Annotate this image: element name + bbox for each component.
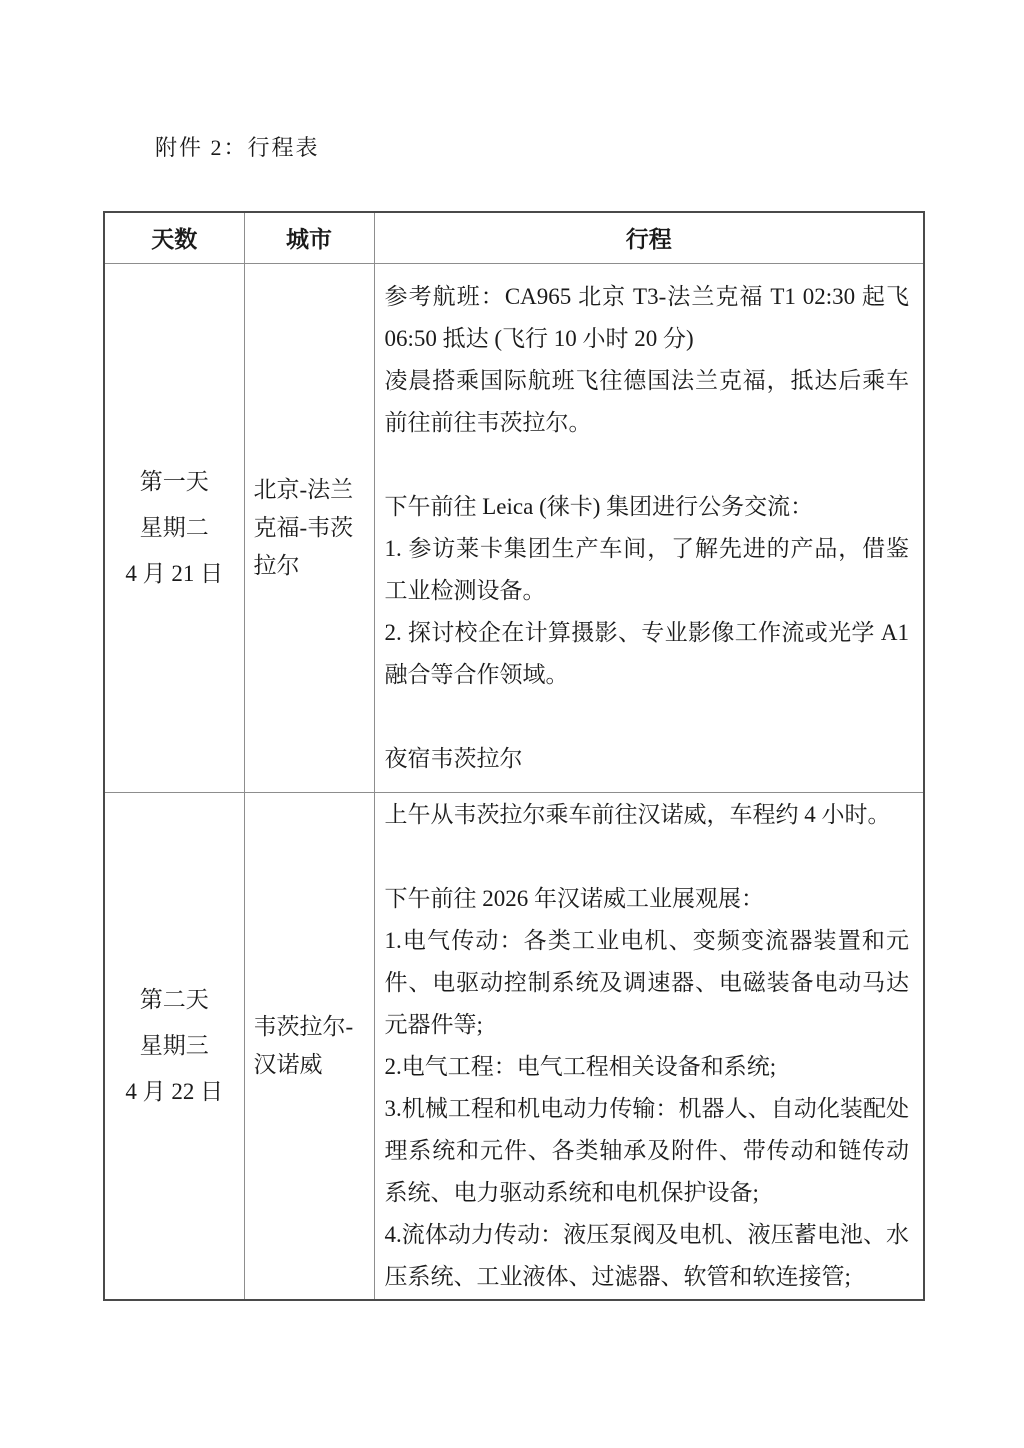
header-day: 天数 bbox=[104, 212, 244, 263]
day2-line-date: 4 月 22 日 bbox=[105, 1069, 244, 1115]
table-header-row: 天数 城市 行程 bbox=[104, 212, 924, 263]
itinerary-paragraph: 4.流体动力传动：液压泵阀及电机、液压蓄电池、水压系统、工业液体、过滤器、软管和… bbox=[385, 1214, 910, 1298]
blank-line bbox=[385, 696, 910, 738]
day1-line-weekday: 星期二 bbox=[105, 505, 244, 551]
day1-line-date: 4 月 21 日 bbox=[105, 551, 244, 597]
itinerary-paragraph: 参考航班：CA965 北京 T3-法兰克福 T1 02:30 起飞 06:50 … bbox=[385, 276, 910, 360]
itinerary-paragraph: 1.电气传动：各类工业电机、变频变流器装置和元件、电驱动控制系统及调速器、电磁装… bbox=[385, 920, 910, 1046]
document-page: { "document": { "title": "附件 2：行程表", "ta… bbox=[0, 0, 1024, 1448]
blank-line bbox=[385, 836, 910, 878]
day1-city-cell: 北京-法兰克福-韦茨拉尔 bbox=[244, 263, 374, 792]
day2-city-cell: 韦茨拉尔-汉诺威 bbox=[244, 792, 374, 1300]
itinerary-paragraph: 2.电气工程：电气工程相关设备和系统; bbox=[385, 1046, 910, 1088]
day2-itinerary-cell: 上午从韦茨拉尔乘车前往汉诺威，车程约 4 小时。下午前往 2026 年汉诺威工业… bbox=[374, 792, 924, 1300]
itinerary-paragraph: 下午前往 Leica (徕卡) 集团进行公务交流： bbox=[385, 486, 910, 528]
itinerary-paragraph: 上午从韦茨拉尔乘车前往汉诺威，车程约 4 小时。 bbox=[385, 794, 910, 836]
header-city: 城市 bbox=[244, 212, 374, 263]
itinerary-paragraph: 3.机械工程和机电动力传输：机器人、自动化装配处理系统和元件、各类轴承及附件、带… bbox=[385, 1088, 910, 1214]
header-itinerary: 行程 bbox=[374, 212, 924, 263]
itinerary-paragraph: 1. 参访莱卡集团生产车间，了解先进的产品，借鉴工业检测设备。 bbox=[385, 528, 910, 612]
table-row-day1: 第一天 星期二 4 月 21 日 北京-法兰克福-韦茨拉尔 参考航班：CA965… bbox=[104, 263, 924, 792]
itinerary-paragraph: 夜宿韦茨拉尔 bbox=[385, 738, 910, 780]
day1-itinerary-cell: 参考航班：CA965 北京 T3-法兰克福 T1 02:30 起飞 06:50 … bbox=[374, 263, 924, 792]
itinerary-paragraph: 下午前往 2026 年汉诺威工业展观展： bbox=[385, 878, 910, 920]
itinerary-paragraph: 2. 探讨校企在计算摄影、专业影像工作流或光学 A1 融合等合作领域。 bbox=[385, 612, 910, 696]
page-title: 附件 2：行程表 bbox=[155, 131, 320, 162]
day2-cell: 第二天 星期三 4 月 22 日 bbox=[104, 792, 244, 1300]
blank-line bbox=[385, 444, 910, 486]
table-row-day2: 第二天 星期三 4 月 22 日 韦茨拉尔-汉诺威 上午从韦茨拉尔乘车前往汉诺威… bbox=[104, 792, 924, 1300]
itinerary-paragraph: 凌晨搭乘国际航班飞往德国法兰克福，抵达后乘车前往前往韦茨拉尔。 bbox=[385, 360, 910, 444]
day1-cell: 第一天 星期二 4 月 21 日 bbox=[104, 263, 244, 792]
day2-line-weekday: 星期三 bbox=[105, 1023, 244, 1069]
day2-line-number: 第二天 bbox=[105, 977, 244, 1023]
day1-line-number: 第一天 bbox=[105, 459, 244, 505]
itinerary-table: 天数 城市 行程 第一天 星期二 4 月 21 日 北京-法兰克福-韦茨拉尔 参… bbox=[103, 211, 925, 1301]
